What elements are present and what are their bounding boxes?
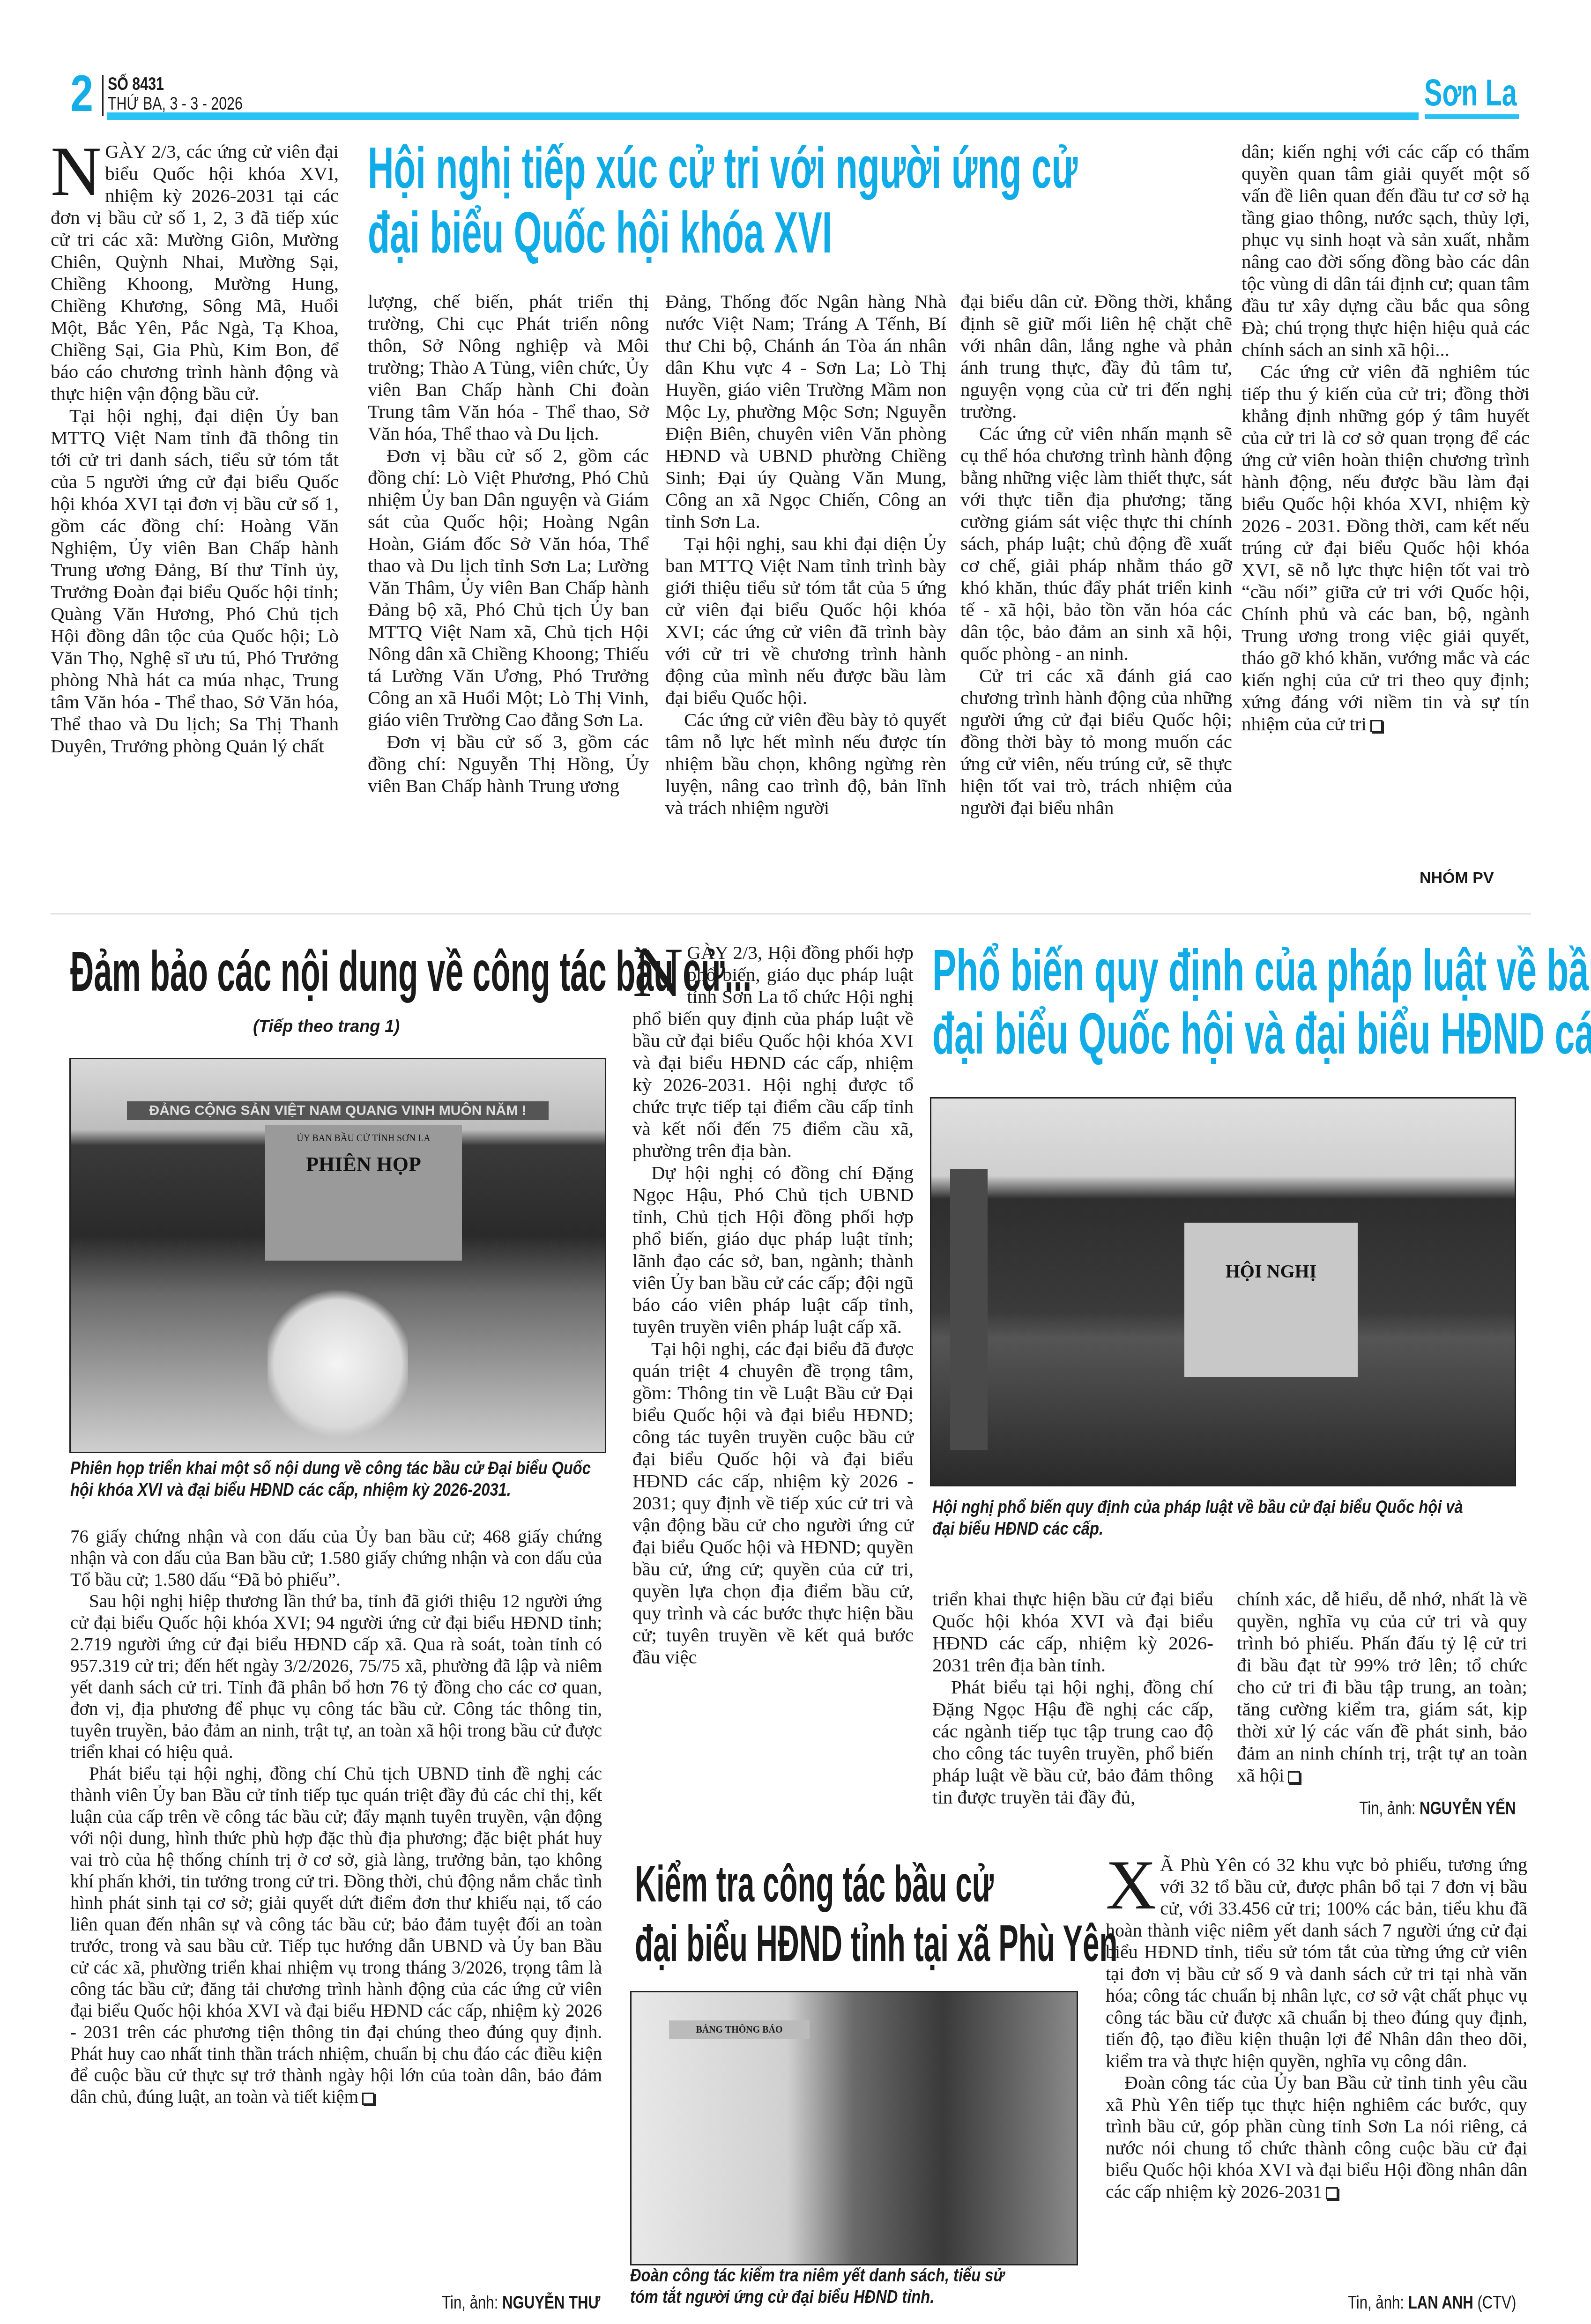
article1-col3-p3: Các ứng cử viên đều bày tỏ quyết tâm nỗ … [665, 709, 946, 819]
photo-banner-text: ĐẢNG CỘNG SẢN VIỆT NAM QUANG VINH MUÔN N… [127, 1101, 549, 1120]
byline-name: LAN ANH [1408, 2293, 1473, 2313]
article3-title-line1: Phổ biến quy định của pháp luật về bầu c… [932, 939, 1591, 1002]
article3-photo: HỘI NGHỊ [930, 1097, 1516, 1486]
article3-p4: triển khai thực hiện bầu cử đại biểu Quố… [932, 1588, 1213, 1676]
article4-byline: Tin, ảnh: LAN ANH (CTV) [1347, 2293, 1516, 2313]
article1-col3-p2: Tại hội nghị, sau khi đại diện Ủy ban MT… [665, 533, 946, 709]
article1-col4-p1: đại biểu dân cử. Đồng thời, khẳng định s… [960, 290, 1232, 423]
article1-col2-p3: Đơn vị bầu cử số 3, gồm các đồng chí: Ng… [368, 731, 649, 797]
article1-col4-p3: Cử tri các xã đánh giá cao chương trình … [960, 665, 1232, 819]
photo-screen: HỘI NGHỊ [1184, 1223, 1358, 1377]
article1-col2-p1: lượng, chế biến, phát triển thị trường, … [368, 290, 649, 445]
end-mark-icon [1370, 720, 1383, 732]
article3-p2: Dự hội nghị có đồng chí Đặng Ngọc Hậu, P… [632, 1162, 914, 1338]
article2-photo-caption: Phiên họp triển khai một số nội dung về … [70, 1458, 594, 1501]
article3-col1: NGÀY 2/3, Hội đồng phối hợp phổ biến, gi… [632, 942, 914, 1668]
article3-col3: chính xác, dễ hiểu, dễ nhớ, nhất là về q… [1237, 1588, 1527, 1786]
photo-screen-title: HỘI NGHỊ [1184, 1260, 1358, 1282]
article4-title-line1: Kiểm tra công tác bầu cử [635, 1854, 994, 1914]
photo-side-banner [950, 1169, 988, 1450]
article3-p3: Tại hội nghị, các đại biểu đã được quán … [632, 1338, 914, 1668]
photo-screen: ỦY BAN BẦU CỬ TỈNH SƠN LA PHIÊN HỌP [265, 1125, 462, 1261]
byline-prefix: Tin, ảnh: [442, 2293, 498, 2313]
article4-p2: Đoàn công tác của Ủy ban Bầu cử tỉnh tin… [1106, 2072, 1527, 2202]
byline-prefix: Tin, ảnh: [1347, 2293, 1404, 2313]
end-mark-icon [362, 2093, 374, 2105]
issue-number: SỐ 8431 [108, 75, 164, 94]
article2-p3: Phát biểu tại hội nghị, đồng chí Chủ tịc… [70, 1764, 602, 2107]
article4-dropcap: X [1106, 1857, 1156, 1913]
article1-col3-p1: Đảng, Thống đốc Ngân hàng Nhà nước Việt … [665, 290, 946, 533]
end-mark-icon [1288, 1771, 1300, 1783]
article1-col1-p2: Tại hội nghị, đại diện Ủy ban MTTQ Việt … [51, 405, 339, 757]
article2-continued-note: (Tiếp theo trang 1) [253, 1017, 400, 1036]
article1-col5: dân; kiến nghị với các cấp có thẩm quyền… [1242, 141, 1530, 735]
article1-title-line2: đại biểu Quốc hội khóa XVI [368, 201, 832, 264]
article1-col5-p1: dân; kiến nghị với các cấp có thẩm quyền… [1242, 141, 1530, 361]
article3-p5: Phát biểu tại hội nghị, đồng chí Đặng Ng… [932, 1676, 1213, 1808]
article1-byline: NHÓM PV [1420, 869, 1494, 887]
masthead-bar [107, 112, 1419, 120]
issue-date: THỨ BA, 3 - 3 - 2026 [108, 94, 243, 114]
section-name: Sơn La [1424, 70, 1517, 115]
article1-col2-p2: Đơn vị bầu cử số 2, gồm các đồng chí: Lò… [368, 445, 649, 731]
flower-arrangement [268, 1284, 408, 1443]
photo-screen-org: ỦY BAN BẦU CỬ TỈNH SƠN LA [265, 1133, 462, 1144]
article3-p6: chính xác, dễ hiểu, dễ nhớ, nhất là về q… [1237, 1588, 1527, 1786]
article1-col3: Đảng, Thống đốc Ngân hàng Nhà nước Việt … [665, 290, 946, 819]
photo-screen-title: PHIÊN HỌP [265, 1152, 462, 1176]
article3-title-line2: đại biểu Quốc hội và đại biểu HĐND các c… [932, 1002, 1591, 1065]
byline-prefix: Tin, ảnh: [1360, 1799, 1416, 1819]
article3-col2: triển khai thực hiện bầu cử đại biểu Quố… [932, 1588, 1213, 1808]
article2-p2: Sau hội nghị hiệp thương lần thứ ba, tỉn… [70, 1591, 602, 1763]
byline-name: NGUYỄN YẾN [1420, 1799, 1516, 1819]
section-underline [1425, 114, 1519, 119]
article4-title-line2: đại biểu HĐND tỉnh tại xã Phù Yên [635, 1914, 1117, 1974]
article1-dropcap: N [51, 143, 101, 200]
article4-photo: BẢNG THÔNG BÁO [630, 1991, 1078, 2265]
article1-col5-p2: Các ứng cử viên đã nghiêm túc tiếp thu ý… [1242, 361, 1530, 735]
article3-byline: Tin, ảnh: NGUYỄN YẾN [1360, 1799, 1516, 1819]
article1-col4-p2: Các ứng cử viên nhấn mạnh sẽ cụ thể hóa … [960, 423, 1232, 665]
end-mark-icon [1326, 2187, 1338, 2199]
article2-body: 76 giấy chứng nhận và con dấu của Ủy ban… [70, 1526, 602, 2108]
page-number: 2 [70, 70, 93, 117]
article1-col4: đại biểu dân cử. Đồng thời, khẳng định s… [960, 290, 1232, 819]
article1-title-line1: Hội nghị tiếp xúc cử tri với người ứng c… [368, 137, 1078, 200]
article2-photo: ĐẢNG CỘNG SẢN VIỆT NAM QUANG VINH MUÔN N… [69, 1058, 606, 1453]
article2-p1: 76 giấy chứng nhận và con dấu của Ủy ban… [70, 1526, 602, 1591]
byline-name: NGUYỄN THƯ [502, 2293, 600, 2313]
section-divider [51, 913, 1531, 914]
article3-photo-caption: Hội nghị phổ biến quy định của pháp luật… [932, 1497, 1472, 1540]
article4-photo-caption: Đoàn công tác kiểm tra niêm yết danh sác… [630, 2265, 1033, 2308]
masthead-divider [102, 75, 104, 116]
photo-board-label: BẢNG THÔNG BÁO [669, 2020, 810, 2039]
article2-byline: Tin, ảnh: NGUYỄN THƯ [442, 2293, 600, 2313]
byline-suffix: (CTV) [1477, 2293, 1516, 2313]
article4-p1: Ã Phù Yên có 32 khu vực bỏ phiếu, tương … [1106, 1854, 1527, 2072]
article4-body: XÃ Phù Yên có 32 khu vực bỏ phiếu, tương… [1106, 1854, 1527, 2203]
article3-dropcap: N [632, 944, 683, 1001]
article1-col1: NGÀY 2/3, các ứng cử viên đại biểu Quốc … [51, 141, 339, 757]
article1-col2: lượng, chế biến, phát triển thị trường, … [368, 290, 649, 797]
